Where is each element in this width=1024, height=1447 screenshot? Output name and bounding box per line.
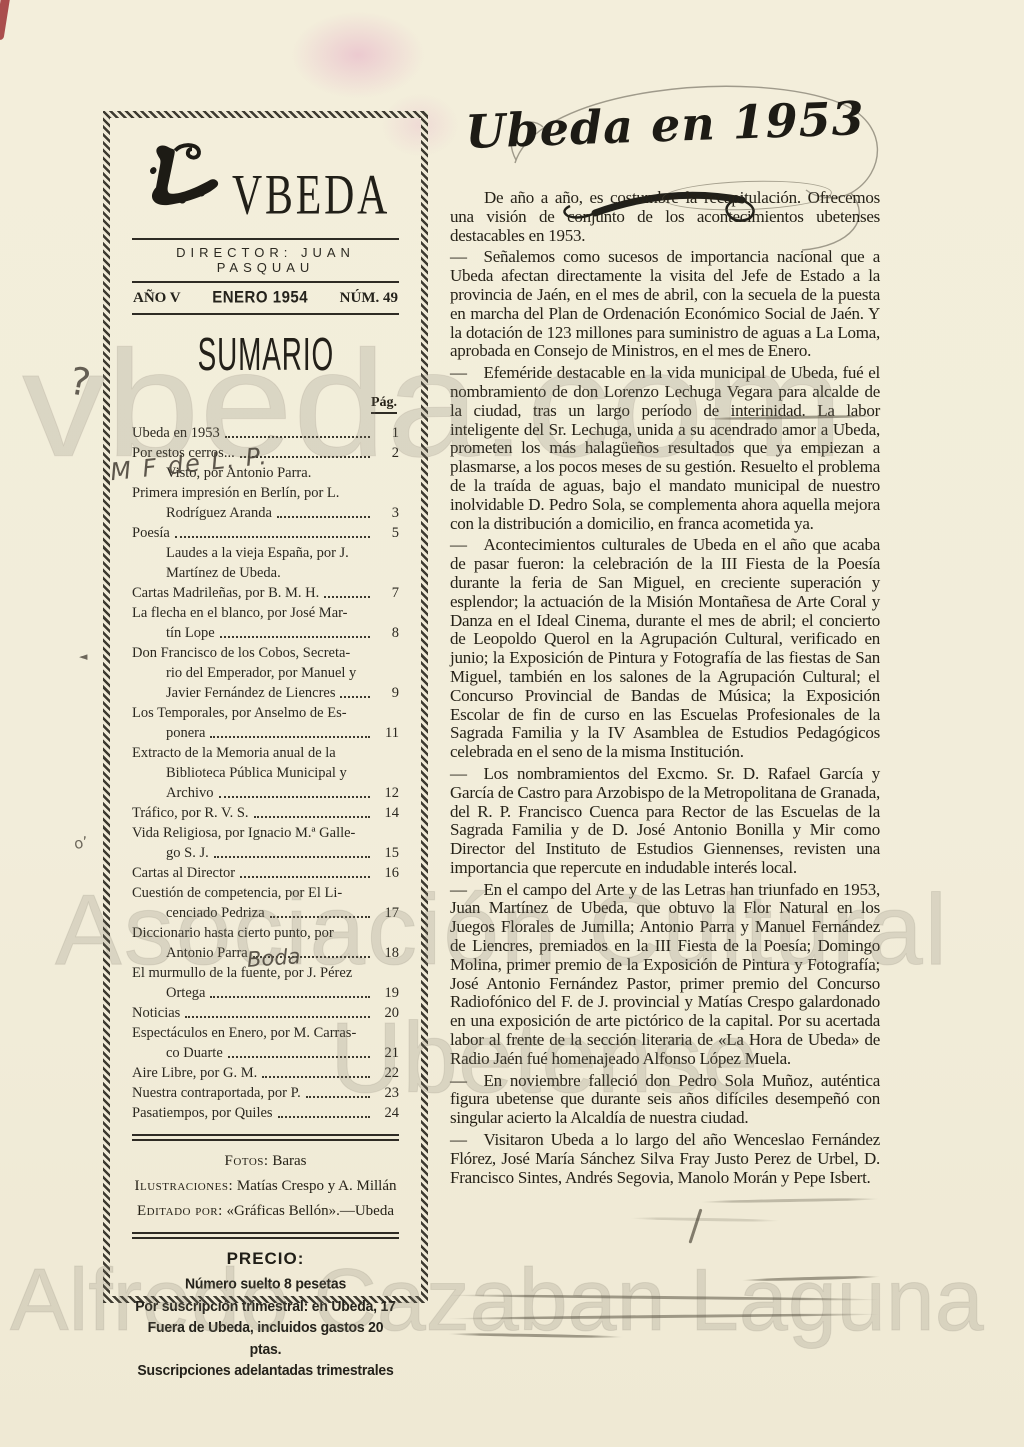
toc-row: Vida Religiosa, por Ignacio M.ª Galle- [132,822,399,842]
toc-row: Noticias20 [132,1002,399,1022]
masthead-logo: VBEDA [132,138,399,224]
toc-entry-title: El murmullo de la fuente, por J. Pérez [132,965,352,982]
toc-row: Cuestión de competencia, por El Li- [132,882,399,902]
toc-entry-title: Javier Fernández de Liencres [166,685,335,702]
issue-row: AÑO V ENERO 1954 NÚM. 49 [132,289,399,307]
toc-page-number: 11 [375,725,399,742]
toc-row: Espectáculos en Enero, por M. Carras- [132,1022,399,1042]
toc-entry-title: Don Francisco de los Cobos, Secreta- [132,645,350,662]
pencil-underline [700,1197,880,1203]
article-paragraph: De año a año, es costumbre la recapitula… [450,189,880,245]
rule [132,281,399,283]
toc-page-number: 2 [375,445,399,462]
toc-dot-leader [225,436,370,438]
toc-page-number: 5 [375,525,399,542]
summary-heading: SUMARIO [132,337,399,373]
article-paragraph: — Los nombramientos del Excmo. Sr. D. Ra… [450,765,880,878]
double-rule [132,1134,399,1141]
toc-dot-leader [240,876,370,878]
credit-label: Editado por: [137,1203,223,1219]
toc-dot-leader [254,816,370,818]
toc-dot-leader [277,516,370,518]
magazine-title: VBEDA [232,167,390,224]
toc-entry-title: rio del Emperador, por Manuel y [166,665,356,682]
toc-row: Diccionario hasta cierto punto, por [132,922,399,942]
credit-line: Ilustraciones: Matías Crespo y A. Millán [132,1174,399,1199]
toc-entry-title: cenciado Pedriza [166,905,265,922]
toc-row: Don Francisco de los Cobos, Secreta- [132,642,399,662]
toc-dot-leader [228,1056,370,1058]
issue-year: AÑO V [133,290,181,307]
toc-entry-title: Poesía [132,525,170,542]
credit-value: «Gráficas Bellón».—Ubeda [227,1203,394,1219]
toc-row: Por estos cerros...2 [132,442,399,462]
toc-entry-title: ponera [166,725,205,742]
toc-row: go S. J.15 [132,842,399,862]
toc-entry-title: Cuestión de competencia, por El Li- [132,885,342,902]
margin-small-mark: o’ [73,833,90,853]
toc-dot-leader [253,956,370,958]
margin-arrow-mark: ◄ [79,650,87,663]
toc-row: Laudes a la vieja España, por J. [132,542,399,562]
toc-entry-title: Cartas al Director [132,865,235,882]
toc-entry-title: La flecha en el blanco, por José Mar- [132,605,348,622]
summary-toc: Ubeda en 19531Por estos cerros...2Visto,… [132,422,399,1122]
toc-page-number: 24 [375,1105,399,1122]
toc-dot-leader [220,636,370,638]
toc-row: El murmullo de la fuente, por J. Pérez [132,962,399,982]
toc-entry-title: Cartas Madrileñas, por B. M. H. [132,585,319,602]
toc-dot-leader [240,456,370,458]
toc-dot-leader [185,1016,370,1018]
toc-page-number: 3 [375,505,399,522]
director-line: DIRECTOR: JUAN PASQUAU [132,245,399,275]
price-heading: PRECIO: [132,1249,399,1269]
toc-dot-leader [210,996,370,998]
toc-row: Los Temporales, por Anselmo de Es- [132,702,399,722]
toc-row: Visto, por Antonio Parra. [132,462,399,482]
toc-entry-title: go S. J. [166,845,209,862]
double-rule [132,1232,399,1239]
toc-page-number: 20 [375,1005,399,1022]
rule [132,238,399,240]
toc-dot-leader [175,536,370,538]
red-edge-mark [0,0,11,40]
toc-entry-title: Ubeda en 1953 [132,425,220,442]
toc-row: Rodríguez Aranda3 [132,502,399,522]
toc-row: Poesía5 [132,522,399,542]
issue-date: ENERO 1954 [212,288,308,307]
toc-row: Extracto de la Memoria anual de la [132,742,399,762]
price-line: Fuera de Ubeda, incluidos gastos 20 ptas… [132,1316,399,1359]
toc-entry-title: Los Temporales, por Anselmo de Es- [132,705,347,722]
article-paragraph: — Señalemos como sucesos de importancia … [450,248,880,361]
toc-page-number: 18 [375,945,399,962]
toc-dot-leader [262,1076,370,1078]
toc-row: Tráfico, por R. V. S.14 [132,802,399,822]
toc-row: Martínez de Ubeda. [132,562,399,582]
article-paragraph: — Visitaron Ubeda a lo largo del año Wen… [450,1131,880,1187]
pencil-underline [630,1217,780,1223]
toc-entry-title: Archivo [166,785,214,802]
toc-row: cenciado Pedriza17 [132,902,399,922]
credit-value: Matías Crespo y A. Millán [237,1178,397,1194]
toc-entry-title: Nuestra contraportada, por P. [132,1085,301,1102]
toc-dot-leader [306,1096,370,1098]
toc-entry-title: Noticias [132,1005,180,1022]
toc-dot-leader [219,796,370,798]
toc-entry-title: Vida Religiosa, por Ignacio M.ª Galle- [132,825,355,842]
toc-entry-title: Martínez de Ubeda. [166,565,281,582]
toc-page-number: 7 [375,585,399,602]
toc-entry-title: Espectáculos en Enero, por M. Carras- [132,1025,356,1042]
toc-page-number: 19 [375,985,399,1002]
pencil-check-mark [688,1208,702,1243]
price-lines: Número suelto 8 pesetasPor suscripción t… [132,1273,399,1381]
page-column-header: Pág. [132,395,399,414]
ornate-initial-icon [132,139,224,224]
toc-entry-title: tín Lope [166,625,215,642]
toc-page-number: 14 [375,805,399,822]
toc-dot-leader [214,856,370,858]
toc-row: co Duarte21 [132,1042,399,1062]
price-line: Número suelto 8 pesetas [132,1273,399,1295]
toc-row: Cartas al Director16 [132,862,399,882]
toc-page-number: 23 [375,1085,399,1102]
price-line: Suscripciones adelantadas trimestrales [132,1359,399,1381]
toc-page-number: 21 [375,1045,399,1062]
article-body: De año a año, es costumbre la recapitula… [450,186,880,1187]
toc-entry-title: Pasatiempos, por Quiles [132,1105,273,1122]
toc-entry-title: Extracto de la Memoria anual de la [132,745,336,762]
toc-entry-title: Por estos cerros... [132,445,235,462]
toc-page-number: 9 [375,685,399,702]
pencil-underline [742,1275,880,1282]
pencil-underline [448,1313,880,1321]
credit-line: Fotos: Baras [132,1149,399,1174]
margin-question-mark: ? [66,359,94,406]
toc-entry-title: Aire Libre, por G. M. [132,1065,257,1082]
toc-row: Antonio Parra18 [132,942,399,962]
toc-row: Primera impresión en Berlín, por L. [132,482,399,502]
summary-panel: VBEDA DIRECTOR: JUAN PASQUAU AÑO V ENERO… [103,111,428,1303]
credit-label: Fotos: [225,1153,269,1169]
toc-page-number: 17 [375,905,399,922]
toc-dot-leader [210,736,370,738]
toc-row: ponera11 [132,722,399,742]
toc-row: Ubeda en 19531 [132,422,399,442]
credits-block: Fotos: BarasIlustraciones: Matías Crespo… [132,1149,399,1224]
toc-row: La flecha en el blanco, por José Mar- [132,602,399,622]
toc-dot-leader [340,696,370,698]
price-line: Por suscripción trimestral: en Ubeda, 17 [132,1295,399,1317]
magazine-page: VBEDA DIRECTOR: JUAN PASQUAU AÑO V ENERO… [0,0,1024,1447]
toc-page-number: 8 [375,625,399,642]
toc-row: Biblioteca Pública Municipal y [132,762,399,782]
pencil-underline [448,1332,623,1338]
toc-entry-title: Primera impresión en Berlín, por L. [132,485,339,502]
toc-entry-title: Visto, por Antonio Parra. [166,465,311,482]
article-paragraph: — Acontecimientos culturales de Ubeda en… [450,536,880,762]
toc-row: Aire Libre, por G. M.22 [132,1062,399,1082]
toc-page-number: 1 [375,425,399,442]
toc-row: rio del Emperador, por Manuel y [132,662,399,682]
toc-row: Cartas Madrileñas, por B. M. H.7 [132,582,399,602]
toc-page-number: 16 [375,865,399,882]
issue-number: NÚM. 49 [340,290,398,307]
article-paragraph: — En noviembre falleció don Pedro Sola M… [450,1072,880,1128]
credit-line: Editado por: «Gráficas Bellón».—Ubeda [132,1199,399,1224]
toc-page-number: 22 [375,1065,399,1082]
toc-row: Pasatiempos, por Quiles24 [132,1102,399,1122]
pencil-underline [448,1294,880,1302]
toc-row: Javier Fernández de Liencres9 [132,682,399,702]
toc-dot-leader [278,1116,370,1118]
toc-entry-title: Laudes a la vieja España, por J. [166,545,349,562]
toc-row: tín Lope8 [132,622,399,642]
toc-dot-leader [324,596,370,598]
toc-dot-leader [270,916,370,918]
toc-entry-title: Antonio Parra [166,945,248,962]
toc-page-number: 12 [375,785,399,802]
toc-entry-title: Rodríguez Aranda [166,505,272,522]
toc-entry-title: co Duarte [166,1045,223,1062]
toc-entry-title: Diccionario hasta cierto punto, por [132,925,334,942]
credit-value: Baras [272,1153,306,1169]
toc-entry-title: Biblioteca Pública Municipal y [166,765,347,782]
toc-row: Ortega19 [132,982,399,1002]
toc-entry-title: Tráfico, por R. V. S. [132,805,249,822]
article-paragraph: — Efeméride destacable en la vida munici… [450,364,880,533]
toc-row: Nuestra contraportada, por P.23 [132,1082,399,1102]
toc-page-number: 15 [375,845,399,862]
article-paragraph: — En el campo del Arte y de las Letras h… [450,881,880,1069]
toc-entry-title: Ortega [166,985,205,1002]
rule [132,313,399,315]
toc-row: Archivo12 [132,782,399,802]
credit-label: Ilustraciones: [135,1178,234,1194]
